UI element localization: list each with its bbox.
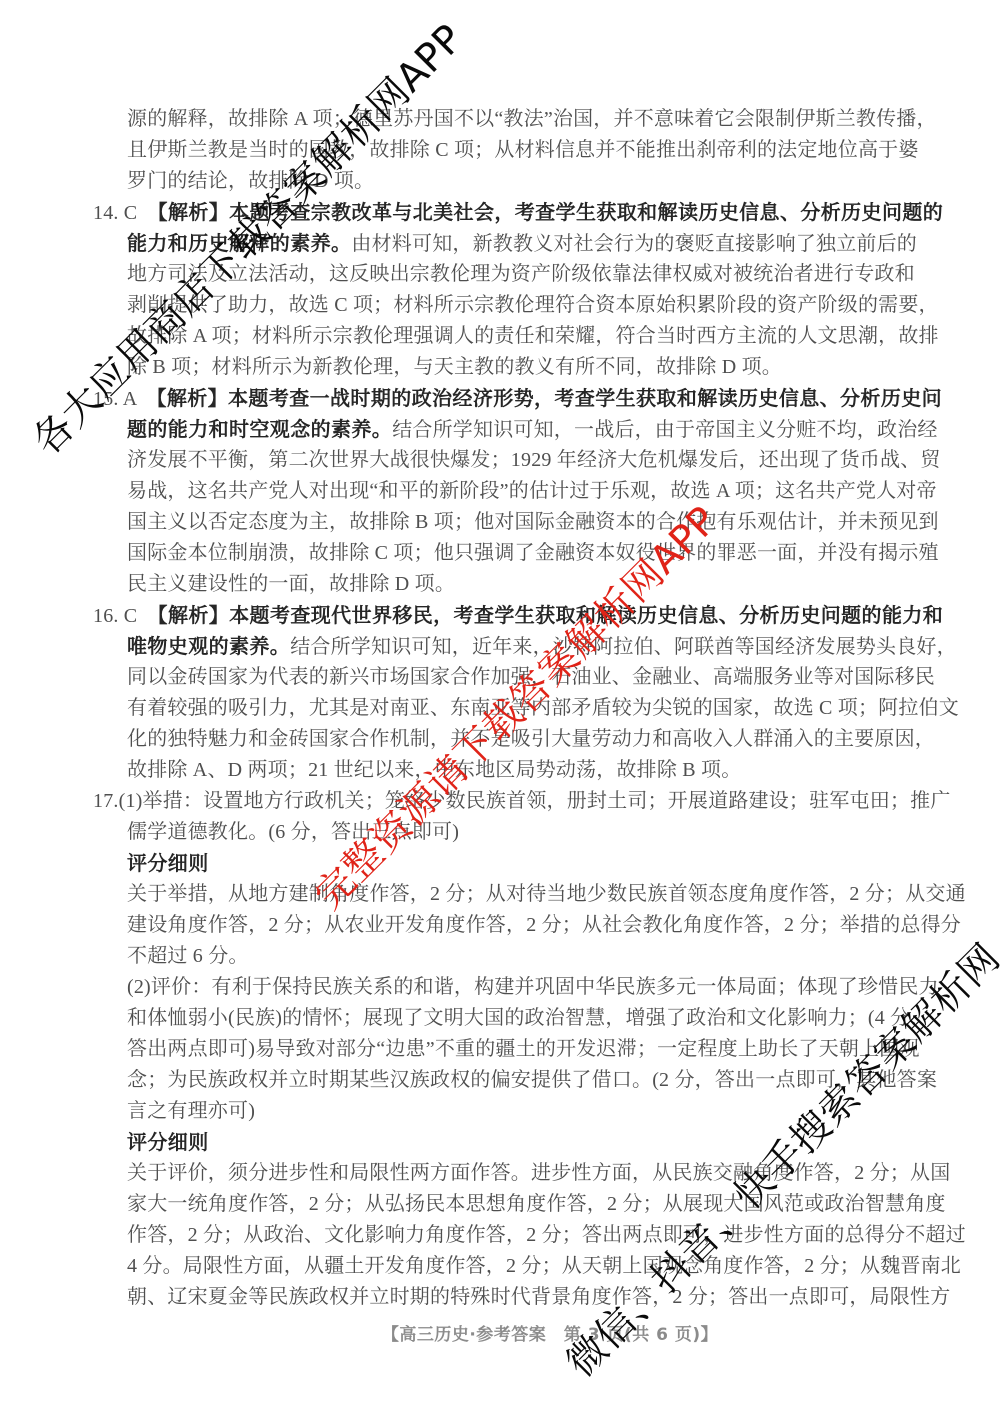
scoring-rubric-2: 关于评价，须分进步性和局限性两方面作答。进步性方面，从民族交融角度作答，2 分；… <box>93 1158 953 1313</box>
answer-15: 15. A 【解析】本题考查一战时期的政治经济形势，考查学生获取和解读历史信息、… <box>93 383 953 600</box>
body-text: 关于举措，从地方建制角度作答，2 分；从对待当地少数民族首领态度角度作答，2 分… <box>127 883 966 905</box>
body-text: 言之有理亦可) <box>127 1100 255 1122</box>
body-text: 和体恤弱小(民族)的情怀；展现了文明大国的政治智慧，增强了政治和文化影响力；(4… <box>127 1007 931 1029</box>
text-line: 能力和历史解释的素养。由材料可知，新教教义对社会行为的褒贬直接影响了独立前后的 <box>93 228 953 259</box>
text-line: 评分细则 <box>93 1127 953 1158</box>
text-line: 源的解释，故排除 A 项；德里苏丹国不以“教法”治国，并不意味着它会限制伊斯兰教… <box>93 104 953 135</box>
text-line: 言之有理亦可) <box>93 1096 953 1127</box>
body-text: 家大一统角度作答，2 分；从弘扬民本思想角度作答，2 分；从展现大国风范或政治智… <box>127 1193 946 1215</box>
body-text: 民主义建设性的一面，故排除 D 项。 <box>127 573 455 595</box>
answer-17-part1: 17.(1)举措：设置地方行政机关；笼络少数民族首领，册封土司；开展道路建设；驻… <box>93 786 953 848</box>
body-text: 国际金本位制崩溃，故排除 C 项；他只强调了金融资本奴役世界的罪恶一面，并没有揭… <box>127 542 939 564</box>
body-text: 故排除 A、D 两项；21 世纪以来，中东地区局势动荡，故排除 B 项。 <box>127 759 741 781</box>
body-text: 15. A <box>93 388 156 410</box>
body-text: 结合所学知识可知，近年来，沙特阿拉伯、阿联酋等国经济发展势头良好， <box>290 636 957 658</box>
text-line: 家大一统角度作答，2 分；从弘扬民本思想角度作答，2 分；从展现大国风范或政治智… <box>93 1189 953 1220</box>
scoring-rubric-1-heading: 评分细则 <box>93 848 953 879</box>
body-text: 源的解释，故排除 A 项；德里苏丹国不以“教法”治国，并不意味着它会限制伊斯兰教… <box>127 108 937 130</box>
text-line: (2)评价：有利于保持民族关系的和谐，构建并巩固中华民族多元一体局面；体现了珍惜… <box>93 972 953 1003</box>
body-text: 不超过 6 分。 <box>127 945 249 967</box>
text-line: 评分细则 <box>93 848 953 879</box>
body-text: 由材料可知，新教教义对社会行为的褒贬直接影响了独立前后的 <box>351 233 917 255</box>
body-text: 且伊斯兰教是当时的国教，故排除 C 项；从材料信息并不能推出刹帝利的法定地位高于… <box>127 139 919 161</box>
body-text: (2)评价：有利于保持民族关系的和谐，构建并巩固中华民族多元一体局面；体现了珍惜… <box>127 976 939 998</box>
bold-text: 能力和历史解释的素养。 <box>127 231 351 255</box>
body-text: 罗门的结论，故排除 D 项。 <box>127 170 374 192</box>
text-line: 15. A 【解析】本题考查一战时期的政治经济形势，考查学生获取和解读历史信息、… <box>93 383 953 414</box>
text-line: 不超过 6 分。 <box>93 941 953 972</box>
text-line: 有着较强的吸引力，尤其是对南亚、东南亚等内部矛盾较为尖锐的国家，故选 C 项；阿… <box>93 693 953 724</box>
bold-text: 【解析】本题考查宗教改革与北美社会，考查学生获取和解读历史信息、分析历史问题的 <box>158 200 944 224</box>
text-line: 作答，2 分；从政治、文化影响力角度作答，2 分；答出两点即可，进步性方面的总得… <box>93 1220 953 1251</box>
scoring-rubric-1: 关于举措，从地方建制角度作答，2 分；从对待当地少数民族首领态度角度作答，2 分… <box>93 879 953 972</box>
text-line: 唯物史观的素养。结合所学知识可知，近年来，沙特阿拉伯、阿联酋等国经济发展势头良好… <box>93 631 953 662</box>
scanned-answer-page: 源的解释，故排除 A 项；德里苏丹国不以“教法”治国，并不意味着它会限制伊斯兰教… <box>0 0 1000 1406</box>
bold-text: 评分细则 <box>127 851 209 875</box>
answer-13-continuation: 源的解释，故排除 A 项；德里苏丹国不以“教法”治国，并不意味着它会限制伊斯兰教… <box>93 104 953 197</box>
text-line: 关于评价，须分进步性和局限性两方面作答。进步性方面，从民族交融角度作答，2 分；… <box>93 1158 953 1189</box>
answer-16: 16. C 【解析】本题考查现代世界移民，考查学生获取和解读历史信息、分析历史问… <box>93 600 953 786</box>
body-text: 17.(1)举措：设置地方行政机关；笼络少数民族首领，册封土司；开展道路建设；驻… <box>93 790 951 812</box>
body-text: 作答，2 分；从政治、文化影响力角度作答，2 分；答出两点即可，进步性方面的总得… <box>127 1224 966 1246</box>
text-line: 罗门的结论，故排除 D 项。 <box>93 166 953 197</box>
text-line: 故排除 A 项；材料所示宗教伦理强调人的责任和荣耀，符合当时西方主流的人文思潮，… <box>93 321 953 352</box>
text-line: 易战，这名共产党人对出现“和平的新阶段”的估计过于乐观，故选 A 项；这名共产党… <box>93 476 953 507</box>
body-text: 地方司法及立法活动，这反映出宗教伦理为资产阶级依靠法律权威对被统治者进行专政和 <box>127 263 915 285</box>
text-line: 16. C 【解析】本题考查现代世界移民，考查学生获取和解读历史信息、分析历史问… <box>93 600 953 631</box>
body-text: 除 B 项；材料所示为新教伦理，与天主教的教义有所不同，故排除 D 项。 <box>127 356 782 378</box>
body-text: 建设角度作答，2 分；从农业开发角度作答，2 分；从社会教化角度作答，2 分；举… <box>127 914 961 936</box>
text-line: 题的能力和时空观念的素养。结合所学知识可知，一战后，由于帝国主义分赃不均，政治经 <box>93 414 953 445</box>
body-text: 剥削提供了助力，故选 C 项；材料所示宗教伦理符合资本原始积累阶段的资产阶级的需… <box>127 294 939 316</box>
text-line: 儒学道德教化。(6 分，答出三点即可) <box>93 817 953 848</box>
text-line: 国主义以否定态度为主，故排除 B 项；他对国际金融资本的合作抱有乐观估计，并未预… <box>93 507 953 538</box>
body-text: 念；为民族政权并立时期某些汉族政权的偏安提供了借口。(2 分，答出一点即可，其他… <box>127 1069 937 1091</box>
body-text: 济发展不平衡，第二次世界大战很快爆发；1929 年经济大危机爆发后，还出现了货币… <box>127 449 941 471</box>
body-text: 14. C <box>93 202 158 224</box>
text-line: 关于举措，从地方建制角度作答，2 分；从对待当地少数民族首领态度角度作答，2 分… <box>93 879 953 910</box>
text-line: 除 B 项；材料所示为新教伦理，与天主教的教义有所不同，故排除 D 项。 <box>93 352 953 383</box>
text-line: 14. C 【解析】本题考查宗教改革与北美社会，考查学生获取和解读历史信息、分析… <box>93 197 953 228</box>
body-text: 16. C <box>93 605 158 627</box>
body-text: 故排除 A 项；材料所示宗教伦理强调人的责任和荣耀，符合当时西方主流的人文思潮，… <box>127 325 939 347</box>
scoring-rubric-2-heading: 评分细则 <box>93 1127 953 1158</box>
body-text: 同以金砖国家为代表的新兴市场国家合作加强，石油业、金融业、高端服务业等对国际移民 <box>127 666 935 688</box>
answer-17-part2: (2)评价：有利于保持民族关系的和谐，构建并巩固中华民族多元一体局面；体现了珍惜… <box>93 972 953 1127</box>
text-line: 剥削提供了助力，故选 C 项；材料所示宗教伦理符合资本原始积累阶段的资产阶级的需… <box>93 290 953 321</box>
answer-14: 14. C 【解析】本题考查宗教改革与北美社会，考查学生获取和解读历史信息、分析… <box>93 197 953 383</box>
text-line: 建设角度作答，2 分；从农业开发角度作答，2 分；从社会教化角度作答，2 分；举… <box>93 910 953 941</box>
bold-text: 题的能力和时空观念的素养。 <box>127 417 392 441</box>
body-text: 化的独特魅力和金砖国家合作机制，并不是吸引大量劳动力和高收入人群涌入的主要原因， <box>127 728 935 750</box>
body-text: 结合所学知识可知，一战后，由于帝国主义分赃不均，政治经 <box>392 419 937 441</box>
body-text: 有着较强的吸引力，尤其是对南亚、东南亚等内部矛盾较为尖锐的国家，故选 C 项；阿… <box>127 697 959 719</box>
body-text: 朝、辽宋夏金等民族政权并立时期的特殊时代背景角度作答，2 分；答出一点即可，局限… <box>127 1286 950 1308</box>
text-line: 4 分。局限性方面，从疆土开发角度作答，2 分；从天朝上国观念角度作答，2 分；… <box>93 1251 953 1282</box>
body-text: 答出两点即可)易导致对部分“边患”不重的疆土的开发迟滞；一定程度上助长了天朝上国… <box>127 1038 920 1060</box>
text-line: 且伊斯兰教是当时的国教，故排除 C 项；从材料信息并不能推出刹帝利的法定地位高于… <box>93 135 953 166</box>
bold-text: 唯物史观的素养。 <box>127 634 290 658</box>
body-text: 儒学道德教化。(6 分，答出三点即可) <box>127 821 459 843</box>
body-text: 4 分。局限性方面，从疆土开发角度作答，2 分；从天朝上国观念角度作答，2 分；… <box>127 1255 961 1277</box>
text-line: 和体恤弱小(民族)的情怀；展现了文明大国的政治智慧，增强了政治和文化影响力；(4… <box>93 1003 953 1034</box>
text-line: 地方司法及立法活动，这反映出宗教伦理为资产阶级依靠法律权威对被统治者进行专政和 <box>93 259 953 290</box>
body-text: 易战，这名共产党人对出现“和平的新阶段”的估计过于乐观，故选 A 项；这名共产党… <box>127 480 937 502</box>
body-text: 关于评价，须分进步性和局限性两方面作答。进步性方面，从民族交融角度作答，2 分；… <box>127 1162 950 1184</box>
text-line: 济发展不平衡，第二次世界大战很快爆发；1929 年经济大危机爆发后，还出现了货币… <box>93 445 953 476</box>
page-footer: 【高三历史·参考答案 第 3 页(共 6 页)】 <box>95 1320 1000 1345</box>
answer-content: 源的解释，故排除 A 项；德里苏丹国不以“教法”治国，并不意味着它会限制伊斯兰教… <box>93 104 953 1313</box>
text-line: 化的独特魅力和金砖国家合作机制，并不是吸引大量劳动力和高收入人群涌入的主要原因， <box>93 724 953 755</box>
bold-text: 【解析】本题考查现代世界移民，考查学生获取和解读历史信息、分析历史问题的能力和 <box>158 603 944 627</box>
text-line: 国际金本位制崩溃，故排除 C 项；他只强调了金融资本奴役世界的罪恶一面，并没有揭… <box>93 538 953 569</box>
text-line: 故排除 A、D 两项；21 世纪以来，中东地区局势动荡，故排除 B 项。 <box>93 755 953 786</box>
body-text: 国主义以否定态度为主，故排除 B 项；他对国际金融资本的合作抱有乐观估计，并未预… <box>127 511 939 533</box>
text-line: 朝、辽宋夏金等民族政权并立时期的特殊时代背景角度作答，2 分；答出一点即可，局限… <box>93 1282 953 1313</box>
bold-text: 评分细则 <box>127 1130 209 1154</box>
text-line: 念；为民族政权并立时期某些汉族政权的偏安提供了借口。(2 分，答出一点即可，其他… <box>93 1065 953 1096</box>
text-line: 答出两点即可)易导致对部分“边患”不重的疆土的开发迟滞；一定程度上助长了天朝上国… <box>93 1034 953 1065</box>
bold-text: 【解析】本题考查一战时期的政治经济形势，考查学生获取和解读历史信息、分析历史问 <box>156 386 942 410</box>
text-line: 17.(1)举措：设置地方行政机关；笼络少数民族首领，册封土司；开展道路建设；驻… <box>93 786 953 817</box>
text-line: 民主义建设性的一面，故排除 D 项。 <box>93 569 953 600</box>
text-line: 同以金砖国家为代表的新兴市场国家合作加强，石油业、金融业、高端服务业等对国际移民 <box>93 662 953 693</box>
